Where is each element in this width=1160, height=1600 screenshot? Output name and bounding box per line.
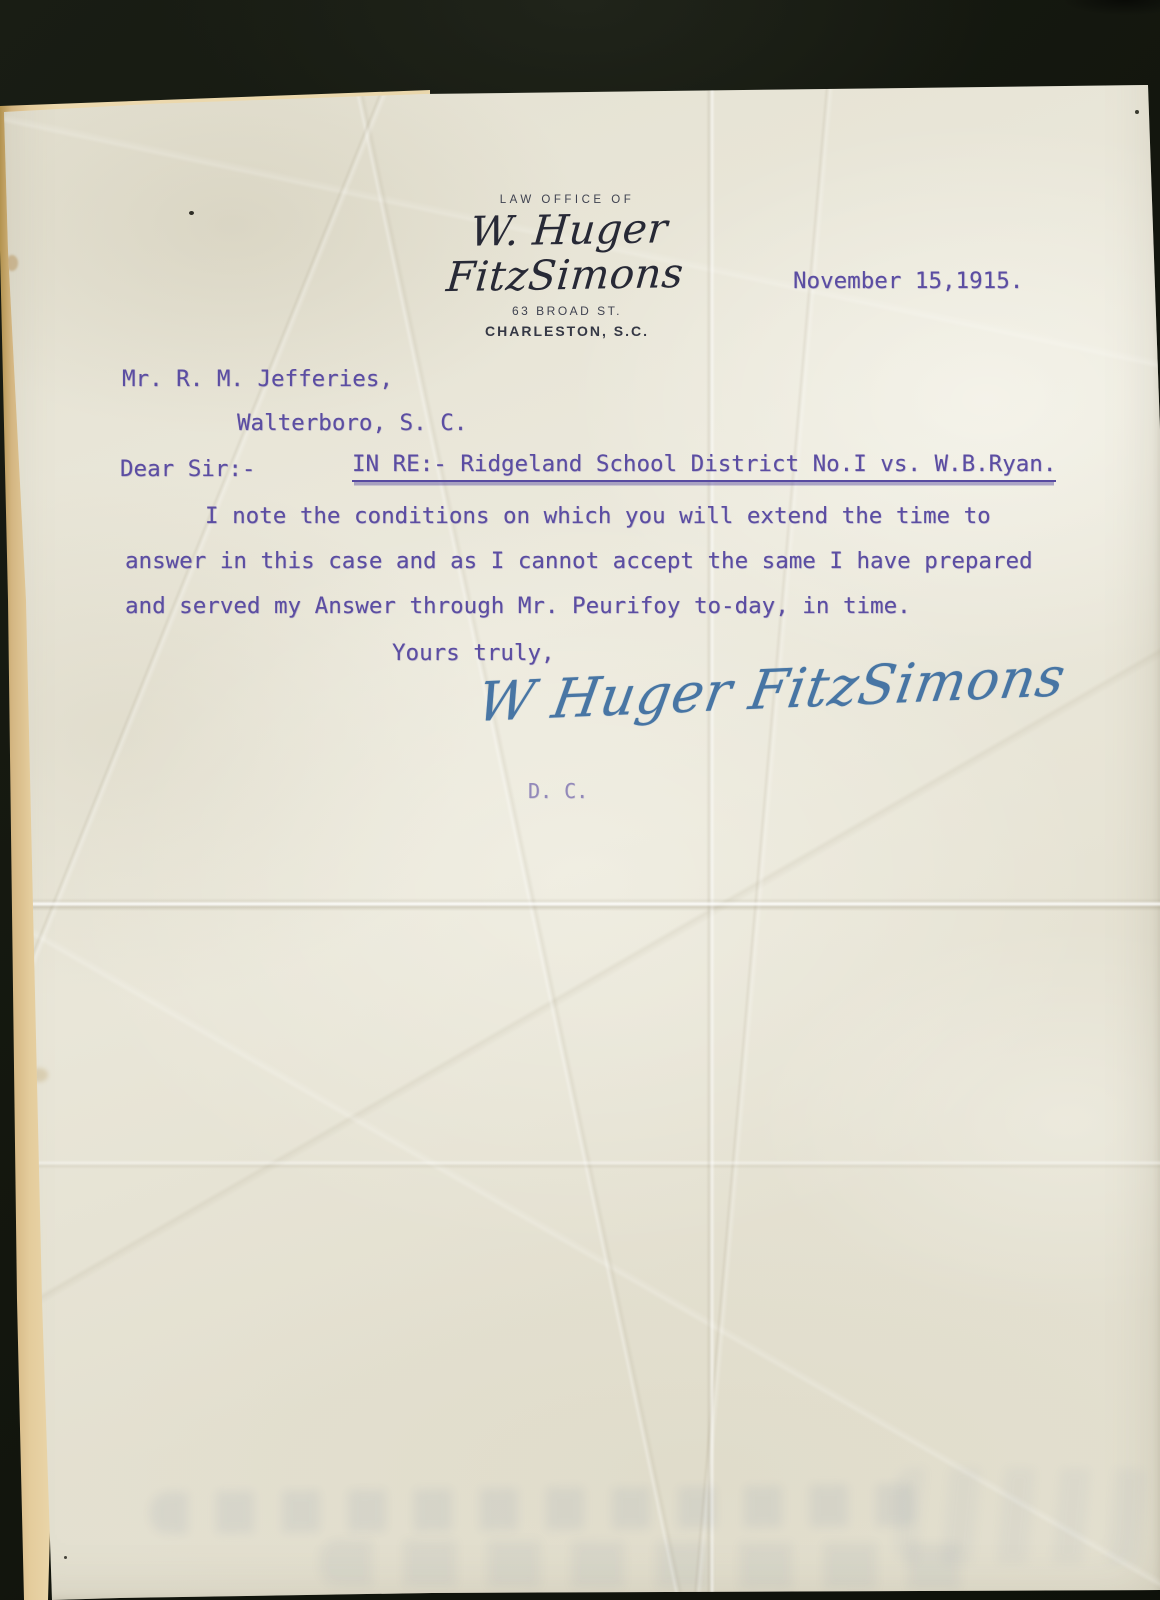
letterhead-street: 63 BROAD ST.	[357, 304, 777, 318]
body-line-2: answer in this case and as I cannot acce…	[125, 548, 1033, 574]
recipient-name: Mr. R. M. Jefferies,	[122, 366, 393, 392]
body-line-3: and served my Answer through Mr. Peurifo…	[125, 593, 911, 619]
body-line-1: I note the conditions on which you will …	[205, 503, 991, 529]
letterhead: LAW OFFICE OF W. Huger FitzSimons 63 BRO…	[357, 194, 777, 339]
subject-re-line: IN RE:- Ridgeland School District No.I v…	[352, 451, 1056, 482]
letter-sheet: LAW OFFICE OF W. Huger FitzSimons 63 BRO…	[0, 0, 1160, 1600]
date-line: November 15,1915.	[793, 268, 1023, 294]
letterhead-office-line: LAW OFFICE OF	[357, 194, 777, 206]
letterhead-city: CHARLESTON, S.C.	[357, 323, 777, 339]
ink-speck	[189, 211, 194, 215]
typist-initials: D. C.	[528, 779, 588, 803]
salutation: Dear Sir:-	[120, 456, 255, 482]
handwritten-signature: W Huger FitzSimons	[473, 645, 1070, 734]
bleed-through-mark	[895, 1468, 1150, 1564]
scanned-letter-photo: LAW OFFICE OF W. Huger FitzSimons 63 BRO…	[0, 0, 1160, 1600]
recipient-location: Walterboro, S. C.	[237, 410, 467, 436]
ink-speck	[64, 1556, 67, 1559]
letterhead-name-script: W. Huger FitzSimons	[353, 204, 781, 302]
bleed-through-mark	[150, 1484, 920, 1534]
bleed-through-mark	[320, 1540, 980, 1591]
pin-hole	[1135, 110, 1139, 114]
closing: Yours truly,	[392, 640, 555, 666]
